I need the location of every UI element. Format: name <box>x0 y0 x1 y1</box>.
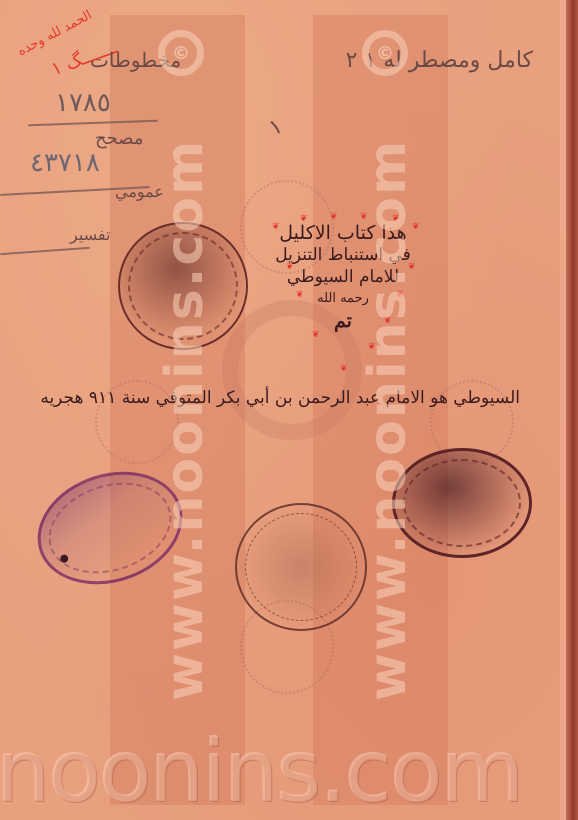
rubric-dot: ❦ <box>312 330 320 340</box>
watermark-text: www.noonins.com <box>155 139 215 701</box>
watermark-text: www.noonins.com <box>358 139 418 701</box>
watermark-vertical: www.noonins.com <box>358 90 418 750</box>
rubric-dot: ❦ <box>300 214 308 224</box>
watermark-vertical: www.noonins.com <box>155 90 215 750</box>
watermark-bottom: noonins.com <box>0 722 522 820</box>
inventory-number: ٤٣٧١٨ <box>30 148 100 178</box>
rubric-dot: ❦ <box>296 290 304 300</box>
copyright-icon: © <box>362 30 408 76</box>
rubric-dot: ❦ <box>286 262 294 272</box>
pen-stroke <box>0 247 90 255</box>
catalog-number: ١٧٨٥ <box>55 88 111 118</box>
handwritten-note: مصحح <box>95 128 144 149</box>
manuscript-page: الحمد لله وحده ـــــــگ ۱ كامل ومصطر له … <box>0 0 578 820</box>
page-edge <box>566 0 578 820</box>
rubric-dot: ❦ <box>272 222 280 232</box>
handwritten-tick: ١ <box>265 114 286 142</box>
ownership-seal <box>235 503 367 631</box>
copyright-icon: © <box>158 30 204 76</box>
rubric-dot: ❦ <box>330 212 338 222</box>
rubric-dot: ❦ <box>340 364 348 374</box>
handwritten-note: تفسير <box>70 225 110 244</box>
